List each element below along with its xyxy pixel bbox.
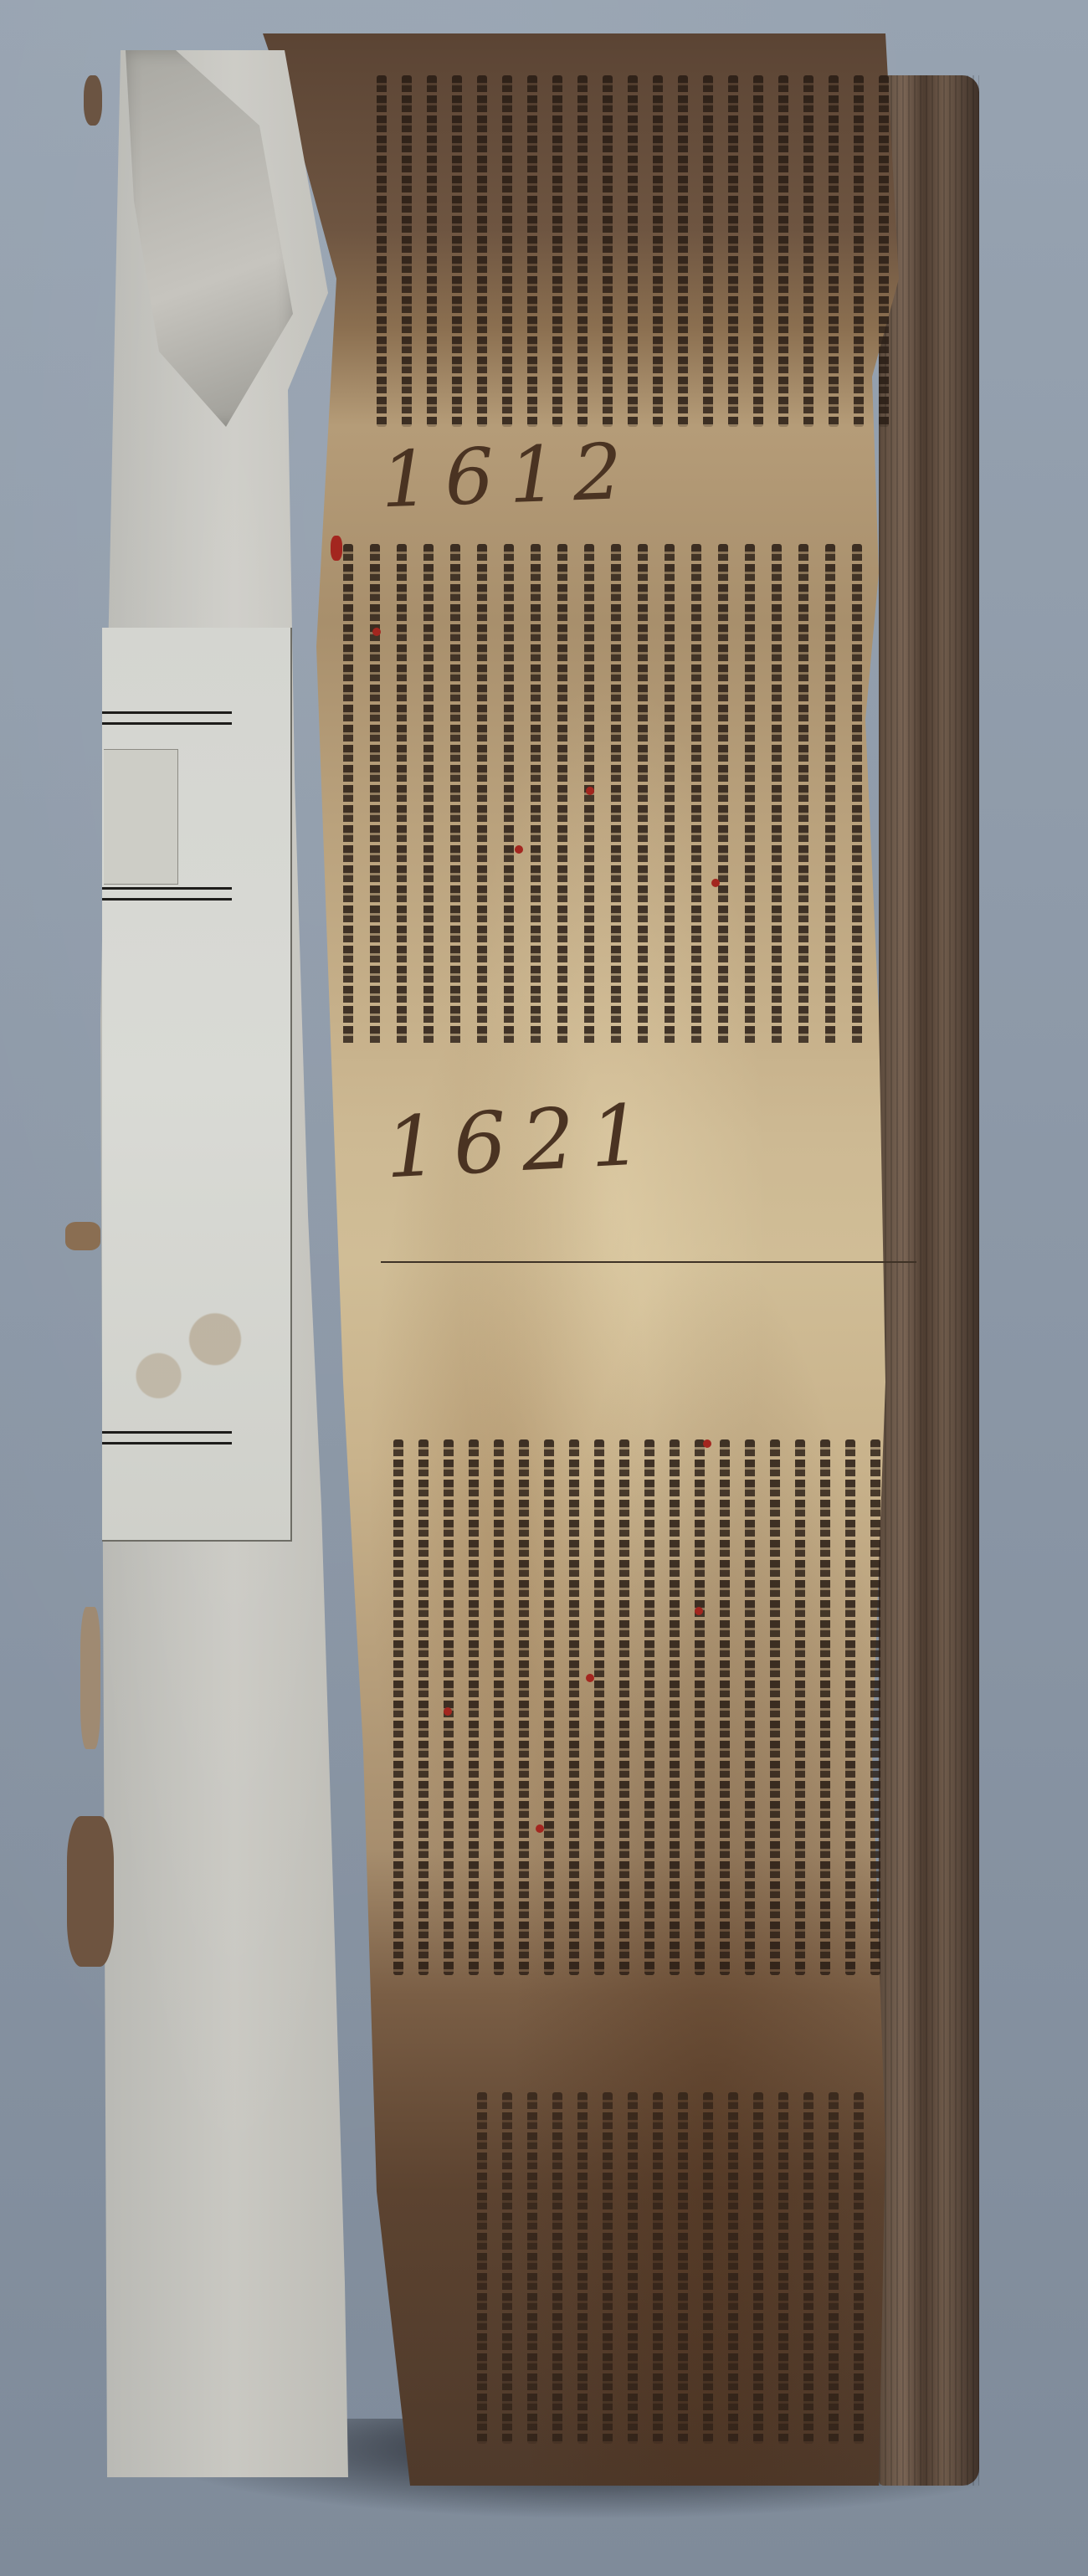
photograph-scene: 1612 1621 (0, 0, 1088, 2576)
red-rubric (515, 845, 523, 854)
spine-label (102, 628, 292, 1542)
red-rubric (372, 628, 381, 636)
red-rubric (586, 787, 594, 795)
torn-flake (84, 75, 102, 126)
torn-flake (80, 1607, 100, 1749)
red-rubric (536, 1824, 544, 1833)
spine-label-rule (102, 1431, 232, 1445)
middle-text-block (326, 544, 912, 1046)
lower-text-block (385, 1439, 904, 1975)
red-rubric (331, 536, 342, 561)
torn-flake (65, 1222, 100, 1250)
red-rubric (695, 1607, 703, 1615)
handwritten-number-lower: 1621 (382, 1085, 660, 1198)
handwritten-number-upper: 1612 (379, 427, 639, 526)
red-rubric (586, 1674, 594, 1682)
red-rubric (711, 879, 720, 887)
upper-text-block (368, 75, 912, 427)
parchment-crease (381, 1261, 916, 1263)
spine-label-rule (102, 711, 232, 725)
spine-label-rule (102, 887, 232, 901)
page-block-edge (879, 75, 979, 2486)
torn-flake (67, 1816, 114, 1967)
bottom-text-block (469, 2092, 887, 2444)
red-rubric (444, 1707, 452, 1716)
spine-label-patch (104, 749, 178, 885)
red-rubric (703, 1439, 711, 1448)
